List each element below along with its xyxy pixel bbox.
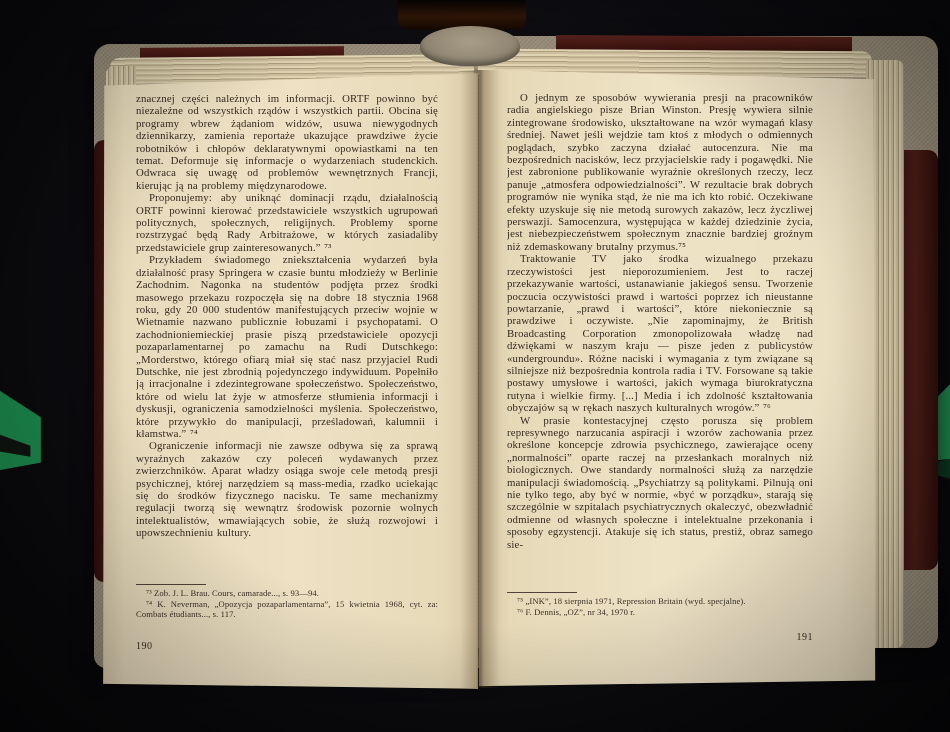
paragraph: O jednym ze sposobów wywierania presji n… bbox=[507, 92, 813, 253]
paragraph: znacznej części należnych im informacji.… bbox=[136, 93, 438, 192]
page-number-right: 191 bbox=[507, 632, 813, 643]
paragraph: Ograniczenie informacji nie zawsze odbyw… bbox=[136, 440, 438, 539]
page-text-left: znacznej części należnych im informacji.… bbox=[136, 93, 438, 581]
footnotes-right: ⁷⁵ „INK”, 18 sierpnia 1971, Repression B… bbox=[507, 592, 815, 617]
paragraph: Proponujemy: aby uniknąć dominacji rządu… bbox=[136, 192, 438, 254]
footnote: ⁷³ Zob. J. L. Brau. Cours, camarade..., … bbox=[136, 588, 438, 599]
footnote-divider bbox=[507, 592, 577, 593]
paragraph: Traktowanie TV jako środka wizualnego pr… bbox=[507, 253, 813, 414]
spine-headcap bbox=[420, 26, 520, 66]
paragraph: W prasie kontestacyjnej często porusza s… bbox=[507, 415, 813, 551]
paragraph: Przykładem świadomego zniekształcenia wy… bbox=[136, 254, 438, 440]
page-text-right: O jednym ze sposobów wywierania presji n… bbox=[507, 92, 813, 590]
footnotes-left: ⁷³ Zob. J. L. Brau. Cours, camarade..., … bbox=[136, 584, 438, 620]
footnote-divider bbox=[136, 584, 206, 585]
gutter-shadow bbox=[460, 70, 500, 688]
footnote: ⁷⁶ F. Dennis, „OZ”, nr 34, 1970 r. bbox=[507, 607, 815, 618]
page-number-left: 190 bbox=[136, 641, 153, 652]
footnote: ⁷⁴ K. Neverman, „Opozycja pozaparlamenta… bbox=[136, 599, 438, 620]
leather-trim-right-edge bbox=[900, 150, 938, 570]
footnote: ⁷⁵ „INK”, 18 sierpnia 1971, Repression B… bbox=[507, 596, 815, 607]
